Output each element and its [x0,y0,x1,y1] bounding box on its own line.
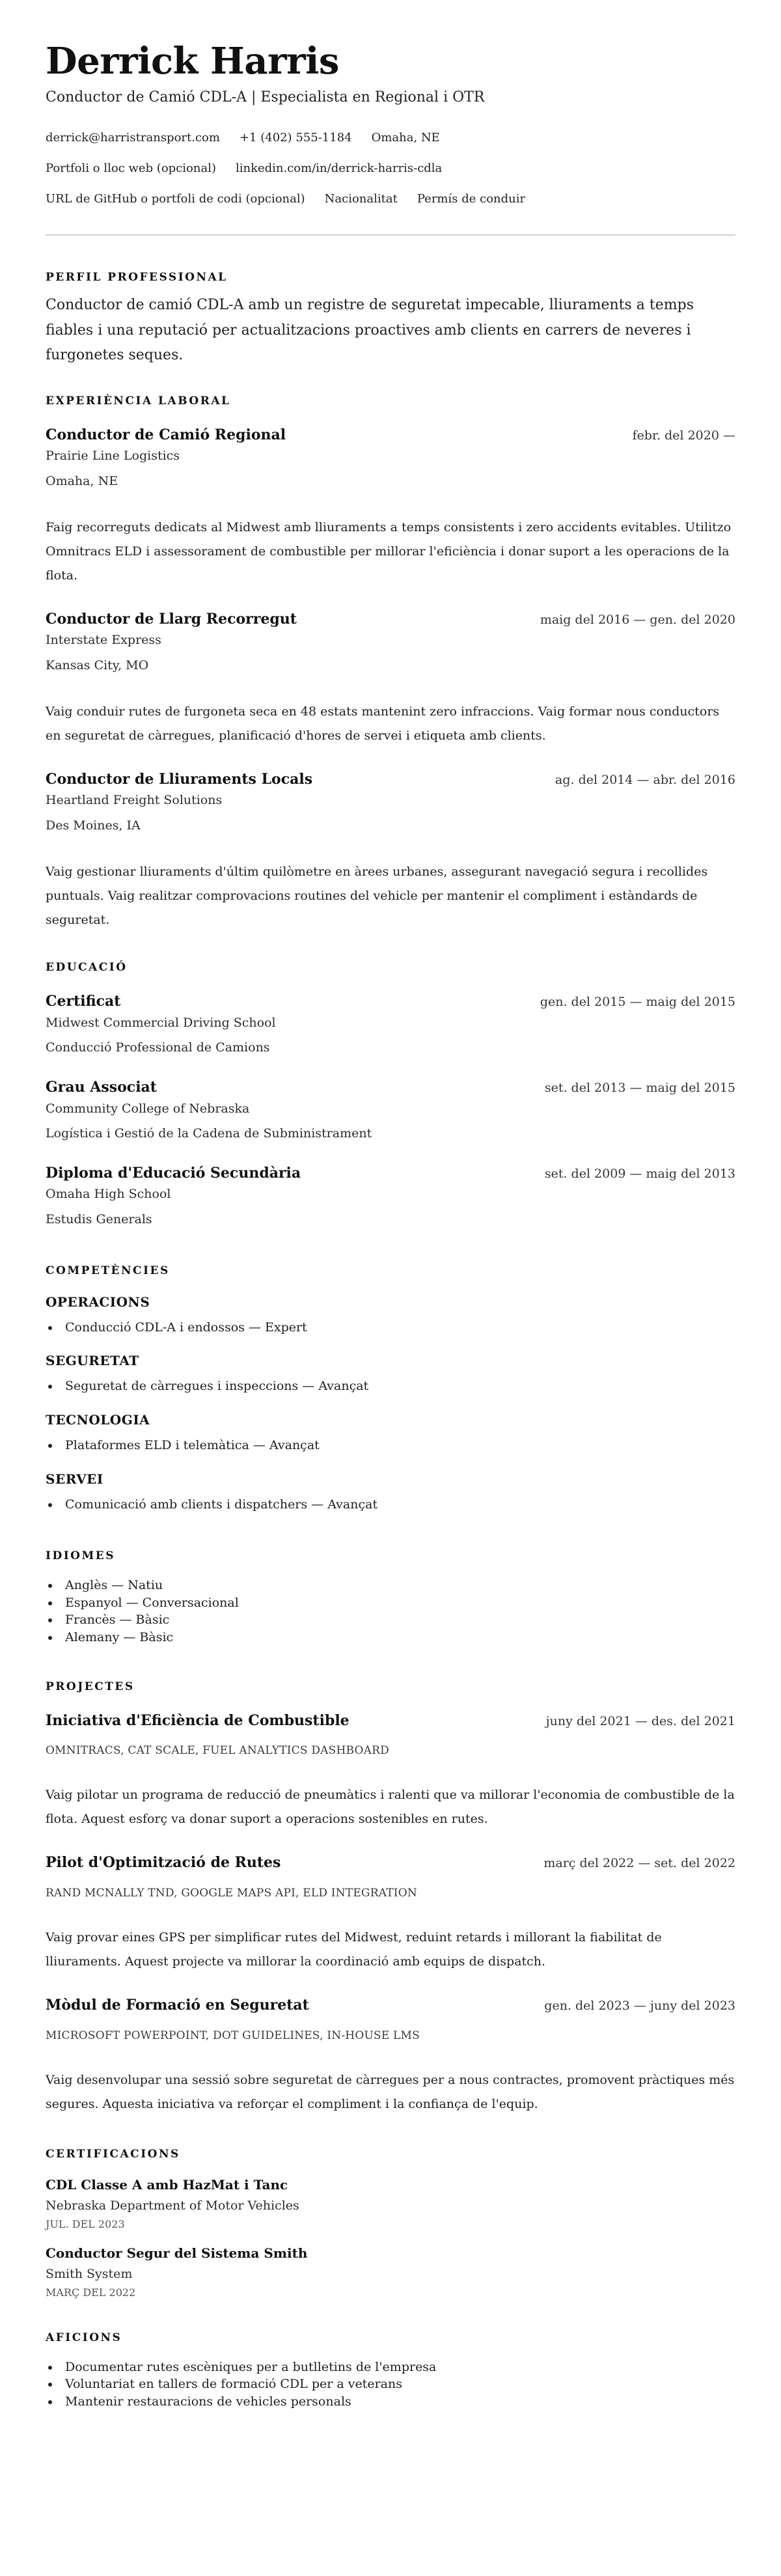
skill-category: SEGURETAT [46,1353,735,1368]
education-entry: Certificat gen. del 2015 — maig del 2015… [46,992,735,1056]
education-dates: set. del 2013 — maig del 2015 [545,1081,735,1095]
header-divider [46,234,735,236]
job-dates: febr. del 2020 — [633,428,735,443]
project-description: Vaig desenvolupar una sessió sobre segur… [46,2068,735,2116]
skill-category: SERVEI [46,1471,735,1487]
section-title-certifications: Certificacions [46,2148,735,2161]
nationality-text: Nacionalitat [325,191,398,207]
section-title-profile: Perfil Professional [46,271,735,284]
linkedin-link[interactable]: linkedin.com/in/derrick-harris-cdla [236,160,442,176]
section-title-experience: Experiència Laboral [46,395,735,408]
candidate-name: Derrick Harris [46,43,735,79]
skill-item: Seguretat de càrregues i inspeccions — A… [65,1378,735,1395]
education-entry: Grau Associat set. del 2013 — maig del 2… [46,1078,735,1142]
education-dates: gen. del 2015 — maig del 2015 [540,995,735,1009]
github-link[interactable]: URL de GitHub o portfoli de codi (opcion… [46,191,305,207]
skill-item: Comunicació amb clients i dispatchers — … [65,1496,735,1514]
candidate-headline: Conductor de Camió CDL-A | Especialista … [46,89,735,107]
skill-item: Plataformes ELD i telemàtica — Avançat [65,1437,735,1454]
company-name: Prairie Line Logistics [46,448,735,464]
project-entry: Iniciativa d'Eficiència de Combustible j… [46,1711,735,1832]
job-description: Vaig gestionar lliuraments d'últim quilò… [46,860,735,932]
degree-title: Diploma d'Educació Secundària [46,1164,301,1183]
field-of-study: Conducció Professional de Camions [46,1040,735,1056]
hobby-item: Mantenir restauracions de vehicles perso… [65,2393,735,2411]
certification-date: març del 2022 [46,2286,735,2299]
languages-section: Idiomes Anglès — Natiu Espanyol — Conver… [46,1549,735,1646]
project-tech-stack: Microsoft PowerPoint, DOT Guidelines, In… [46,2029,735,2042]
phone-link[interactable]: +1 (402) 555-1184 [240,130,352,146]
hobbies-section: Aficions Documentar rutes escèniques per… [46,2331,735,2411]
language-item: Anglès — Natiu [65,1577,735,1594]
skill-list: Plataformes ELD i telemàtica — Avançat [46,1437,735,1454]
certification-date: jul. del 2023 [46,2218,735,2230]
resume-header: Derrick Harris Conductor de Camió CDL-A … [46,43,735,207]
company-name: Interstate Express [46,632,735,648]
project-dates: març del 2022 — set. del 2022 [543,1856,735,1870]
projects-section: Projectes Iniciativa d'Eficiència de Com… [46,1680,735,2116]
job-description: Vaig conduir rutes de furgoneta seca en … [46,700,735,748]
profile-section: Perfil Professional Conductor de camió C… [46,271,735,368]
field-of-study: Estudis Generals [46,1212,735,1228]
company-name: Heartland Freight Solutions [46,792,735,809]
hobby-list: Documentar rutes escèniques per a butlle… [46,2359,735,2411]
project-name: Iniciativa d'Eficiència de Combustible [46,1711,349,1730]
experience-entry: Conductor de Llarg Recorregut maig del 2… [46,610,735,748]
job-title: Conductor de Lliuraments Locals [46,770,312,789]
section-title-projects: Projectes [46,1680,735,1693]
section-title-skills: Competències [46,1264,735,1277]
skill-list: Seguretat de càrregues i inspeccions — A… [46,1378,735,1395]
section-title-languages: Idiomes [46,1549,735,1562]
job-title: Conductor de Llarg Recorregut [46,610,297,629]
job-title: Conductor de Camió Regional [46,426,286,445]
job-location: Kansas City, MO [46,658,735,674]
school-name: Midwest Commercial Driving School [46,1015,735,1031]
certification-issuer: Smith System [46,2267,735,2281]
skill-group: TECNOLOGIA Plataformes ELD i telemàtica … [46,1412,735,1454]
project-entry: Pilot d'Optimització de Rutes març del 2… [46,1853,735,1974]
project-entry: Mòdul de Formació en Seguretat gen. del … [46,1996,735,2116]
certifications-section: Certificacions CDL Classe A amb HazMat i… [46,2148,735,2299]
skill-list: Conducció CDL-A i endossos — Expert [46,1319,735,1336]
hobby-item: Voluntariat en tallers de formació CDL p… [65,2375,735,2393]
section-title-hobbies: Aficions [46,2331,735,2344]
language-item: Alemany — Bàsic [65,1629,735,1646]
education-entry: Diploma d'Educació Secundària set. del 2… [46,1164,735,1228]
language-list: Anglès — Natiu Espanyol — Conversacional… [46,1577,735,1646]
skill-group: OPERACIONS Conducció CDL-A i endossos — … [46,1294,735,1336]
project-dates: juny del 2021 — des. del 2021 [546,1714,735,1728]
skill-group: SERVEI Comunicació amb clients i dispatc… [46,1471,735,1514]
job-location: Omaha, NE [46,473,735,490]
job-description: Faig recorreguts dedicats al Midwest amb… [46,516,735,588]
project-name: Mòdul de Formació en Seguretat [46,1996,309,2015]
certification-entry: Conductor Segur del Sistema Smith Smith … [46,2245,735,2299]
skill-category: TECNOLOGIA [46,1412,735,1428]
education-dates: set. del 2009 — maig del 2013 [545,1167,735,1181]
project-description: Vaig pilotar un programa de reducció de … [46,1783,735,1831]
contact-row-extra: URL de GitHub o portfoli de codi (opcion… [46,191,735,207]
driving-license-text: Permís de conduir [417,191,525,207]
experience-entry: Conductor de Lliuraments Locals ag. del … [46,770,735,932]
skills-section: Competències OPERACIONS Conducció CDL-A … [46,1264,735,1513]
field-of-study: Logística i Gestió de la Cadena de Submi… [46,1126,735,1142]
section-title-education: Educació [46,961,735,974]
project-dates: gen. del 2023 — juny del 2023 [544,1999,735,2013]
job-dates: maig del 2016 — gen. del 2020 [540,613,735,627]
project-tech-stack: Rand McNally TND, Google Maps API, ELD I… [46,1887,735,1900]
project-tech-stack: Omnitracs, CAT Scale, Fuel Analytics Das… [46,1744,735,1757]
skill-item: Conducció CDL-A i endossos — Expert [65,1319,735,1336]
contact-row-links: Portfoli o lloc web (opcional) linkedin.… [46,160,735,176]
certification-entry: CDL Classe A amb HazMat i Tanc Nebraska … [46,2176,735,2230]
certification-name: Conductor Segur del Sistema Smith [46,2245,735,2262]
school-name: Community College of Nebraska [46,1101,735,1117]
degree-title: Grau Associat [46,1078,157,1097]
profile-summary: Conductor de camió CDL-A amb un registre… [46,293,735,368]
contact-row-primary: derrick@harristransport.com +1 (402) 555… [46,130,735,146]
project-description: Vaig provar eines GPS per simplificar ru… [46,1926,735,1974]
project-name: Pilot d'Optimització de Rutes [46,1853,281,1872]
job-location: Des Moines, IA [46,818,735,834]
certification-name: CDL Classe A amb HazMat i Tanc [46,2176,735,2193]
skill-category: OPERACIONS [46,1294,735,1310]
education-section: Educació Certificat gen. del 2015 — maig… [46,961,735,1228]
skill-list: Comunicació amb clients i dispatchers — … [46,1496,735,1514]
skill-group: SEGURETAT Seguretat de càrregues i inspe… [46,1353,735,1395]
certification-issuer: Nebraska Department of Motor Vehicles [46,2198,735,2213]
language-item: Espanyol — Conversacional [65,1594,735,1612]
experience-entry: Conductor de Camió Regional febr. del 20… [46,426,735,588]
resume-page: Derrick Harris Conductor de Camió CDL-A … [0,0,781,2449]
school-name: Omaha High School [46,1186,735,1202]
language-item: Francès — Bàsic [65,1611,735,1629]
degree-title: Certificat [46,992,120,1011]
hobby-item: Documentar rutes escèniques per a butlle… [65,2359,735,2376]
experience-section: Experiència Laboral Conductor de Camió R… [46,395,735,932]
email-link[interactable]: derrick@harristransport.com [46,130,220,146]
location-text: Omaha, NE [372,130,440,146]
portfolio-link[interactable]: Portfoli o lloc web (opcional) [46,160,216,176]
job-dates: ag. del 2014 — abr. del 2016 [555,773,735,787]
